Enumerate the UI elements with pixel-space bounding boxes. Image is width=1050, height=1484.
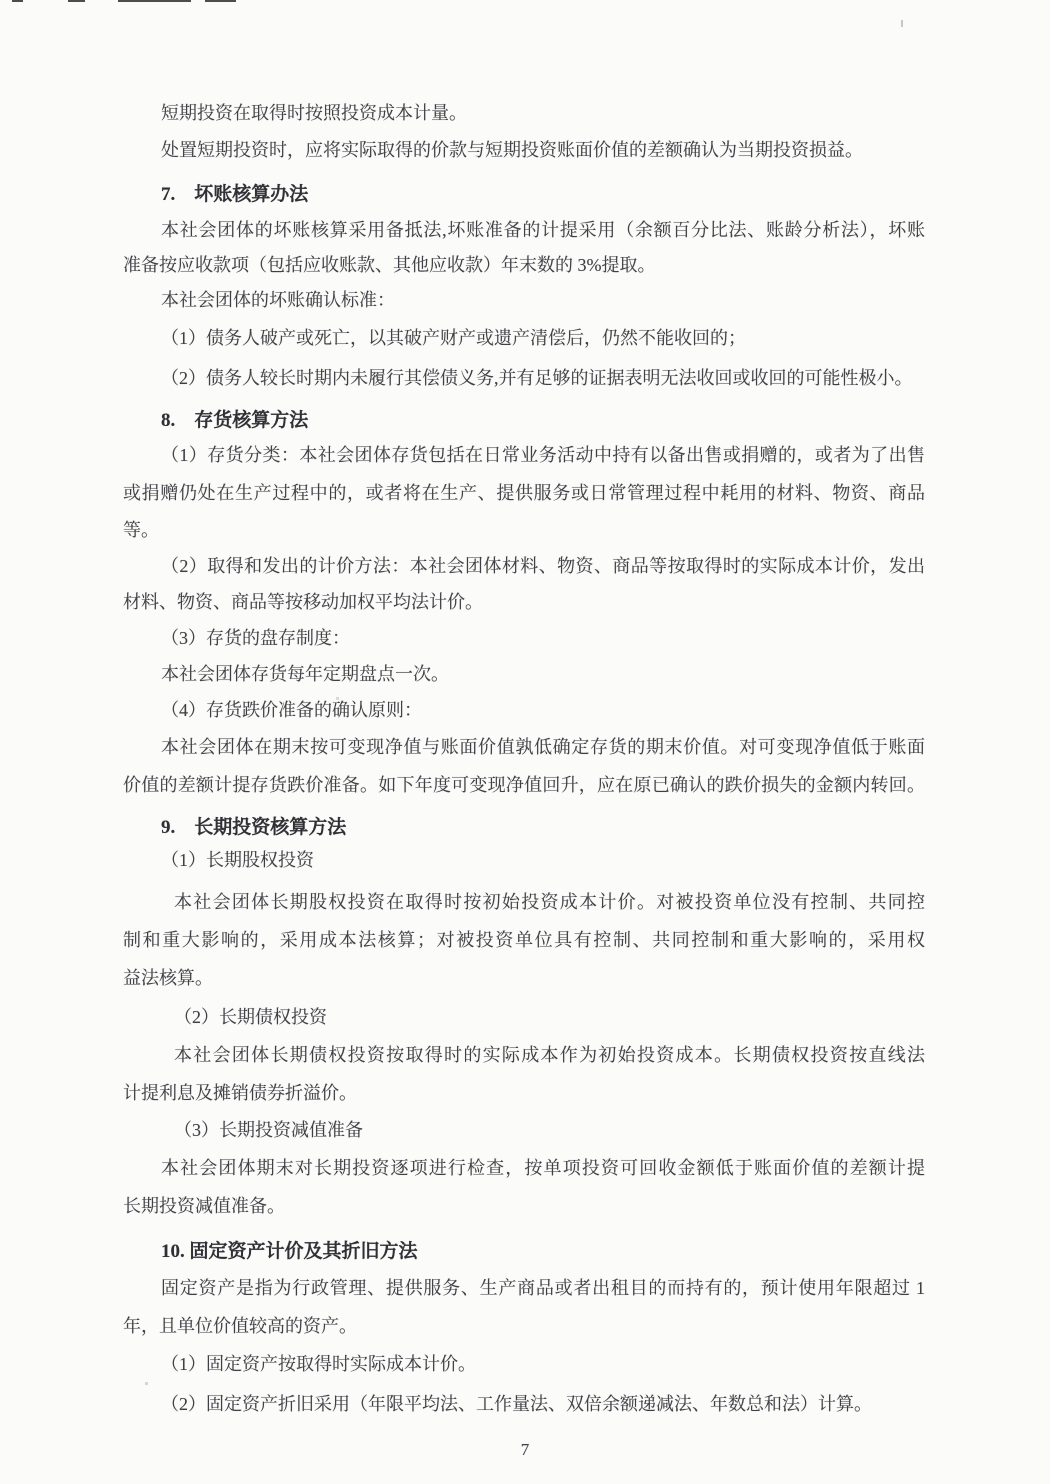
- text-line: （2）债务人较长时期内未履行其偿债义务,并有足够的证据表明无法收回或收回的可能性…: [161, 365, 913, 391]
- text-line: 制和重大影响的，采用成本法核算；对被投资单位具有控制、共同控制和重大影响的，采用…: [123, 927, 925, 953]
- scan-artifact: [118, 0, 191, 2]
- text-line: 短期投资在取得时按照投资成本计量。: [161, 100, 467, 126]
- document-page: 短期投资在取得时按照投资成本计量。处置短期投资时，应将实际取得的价款与短期投资账…: [0, 0, 1050, 1484]
- text-line: 固定资产是指为行政管理、提供服务、生产商品或者出租目的而持有的，预计使用年限超过…: [161, 1275, 925, 1301]
- text-line: （3）存货的盘存制度：: [161, 625, 350, 651]
- text-line: 材料、物资、商品等按移动加权平均法计价。: [123, 589, 483, 615]
- scan-artifact: [12, 0, 23, 2]
- text-line: 本社会团体长期债权投资按取得时的实际成本作为初始投资成本。长期债权投资按直线法: [174, 1042, 925, 1068]
- text-line: 本社会团体期末对长期投资逐项进行检查，按单项投资可回收金额低于账面价值的差额计提: [161, 1155, 925, 1181]
- text-line: 本社会团体在期末按可变现净值与账面价值孰低确定存货的期末价值。对可变现净值低于账…: [161, 734, 925, 760]
- scan-artifact: [901, 20, 903, 27]
- section-heading: 8. 存货核算方法: [161, 408, 308, 434]
- section-heading: 7. 坏账核算办法: [161, 182, 308, 208]
- scan-artifact: [205, 0, 236, 2]
- text-line: 益法核算。: [123, 965, 213, 991]
- text-line: （2）取得和发出的计价方法：本社会团体材料、物资、商品等按取得时的实际成本计价，…: [161, 553, 925, 579]
- text-line: 年，且单位价值较高的资产。: [123, 1313, 357, 1339]
- text-line: 准备按应收款项（包括应收账款、其他应收款）年末数的 3%提取。: [123, 252, 656, 278]
- text-line: （1）固定资产按取得时实际成本计价。: [161, 1351, 476, 1377]
- scan-artifact: [145, 1382, 148, 1385]
- text-line: 长期投资减值准备。: [123, 1193, 285, 1219]
- text-line: 本社会团体存货每年定期盘点一次。: [161, 661, 449, 687]
- text-line: 本社会团体长期股权投资在取得时按初始投资成本计价。对被投资单位没有控制、共同控: [174, 889, 925, 915]
- text-line: （1）债务人破产或死亡，以其破产财产或遗产清偿后，仍然不能收回的；: [161, 325, 746, 351]
- section-heading: 9. 长期投资核算方法: [161, 815, 346, 841]
- text-line: 本社会团体的坏账核算采用备抵法,坏账准备的计提采用（余额百分比法、账龄分析法），…: [161, 217, 925, 243]
- text-line: （1）存货分类：本社会团体存货包括在日常业务活动中持有以备出售或捐赠的，或者为了…: [161, 442, 925, 468]
- section-heading: 10. 固定资产计价及其折旧方法: [161, 1239, 418, 1265]
- text-line: 处置短期投资时，应将实际取得的价款与短期投资账面价值的差额确认为当期投资损益。: [161, 137, 863, 163]
- text-line: （3）长期投资减值准备: [174, 1117, 363, 1143]
- text-line: （2）固定资产折旧采用（年限平均法、工作量法、双倍余额递减法、年数总和法）计算。: [161, 1391, 872, 1417]
- page-number: 7: [0, 1440, 1050, 1460]
- text-line: （4）存货跌价准备的确认原则：: [161, 697, 422, 723]
- text-line: 价值的差额计提存货跌价准备。如下年度可变现净值回升，应在原已确认的跌价损失的金额…: [123, 772, 925, 798]
- scan-artifact: [68, 0, 85, 2]
- text-line: 本社会团体的坏账确认标准：: [161, 287, 395, 313]
- text-line: 计提利息及摊销债券折溢价。: [123, 1080, 357, 1106]
- text-line: 或捐赠仍处在生产过程中的，或者将在生产、提供服务或日常管理过程中耗用的材料、物资…: [123, 480, 925, 506]
- text-line: （1）长期股权投资: [161, 847, 314, 873]
- text-line: 等。: [123, 517, 159, 543]
- text-line: （2）长期债权投资: [174, 1004, 327, 1030]
